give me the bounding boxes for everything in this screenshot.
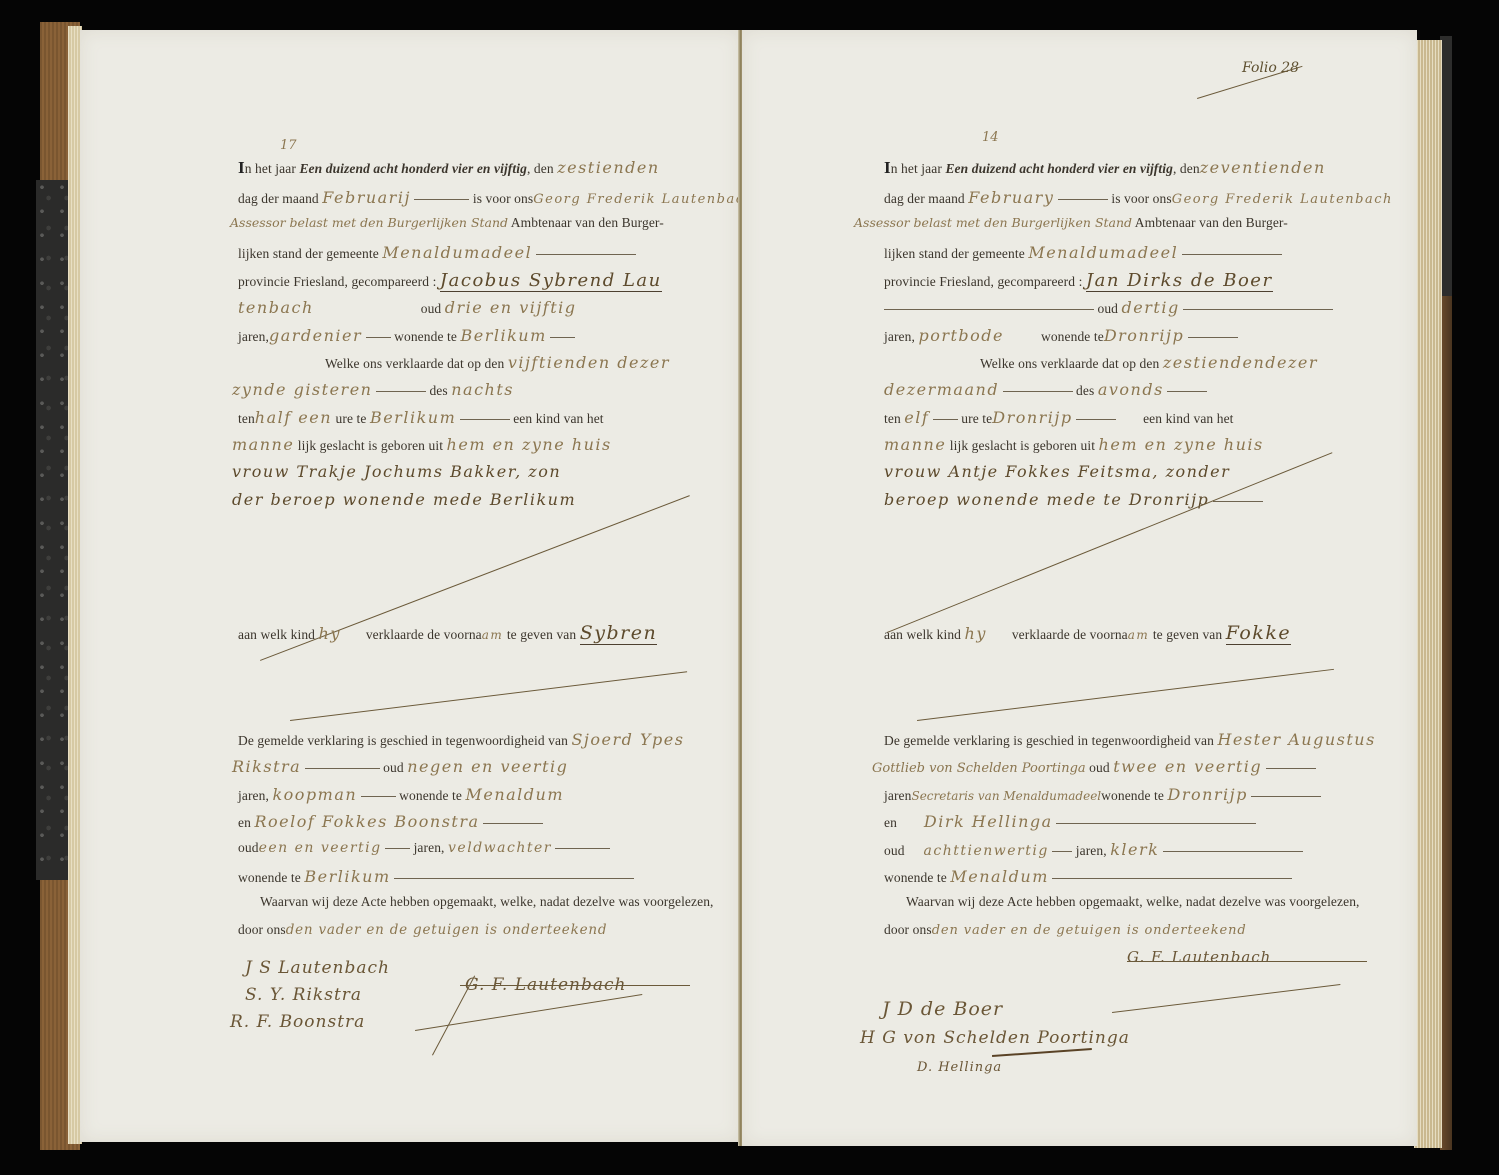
line-7: jaren,gardenier wonende te Berlikum	[238, 326, 575, 345]
line-7: jaren, portbode wonende teDronrijp	[884, 326, 1238, 345]
witness-1-name: Hester Augustus	[1217, 730, 1375, 749]
signature-flourish	[432, 976, 475, 1056]
declarant-age: dertig	[1122, 298, 1180, 317]
left-page: 17 In het jaar Een duizend acht honderd …	[80, 30, 740, 1142]
line-15: De gemelde verklaring is geschied in teg…	[884, 730, 1376, 749]
signature-official: G. F. Lautenbach	[1127, 948, 1271, 966]
declarant-occupation: portbode	[918, 326, 1004, 345]
line-5: provincie Friesland, gecompareerd : Jaco…	[238, 270, 662, 291]
line-21: Waarvan wij deze Acte hebben opgemaakt, …	[906, 894, 1360, 910]
act-number: 17	[280, 138, 297, 153]
signature-flourish	[1112, 984, 1340, 1013]
declarant-name: Jacobus Sybrend Lau	[440, 270, 662, 292]
line-19: oud achttienwertig jaren, klerk	[884, 840, 1303, 859]
line-22: door onsden vader en de getuigen is onde…	[238, 922, 607, 938]
year-printed: Een duizend acht honderd vier en vijftig	[299, 161, 527, 176]
signature-flourish	[460, 985, 690, 986]
month-handwritten: Februarij	[322, 188, 411, 207]
line-3: Assessor belast met den Burgerlijken Sta…	[230, 215, 664, 231]
line-8: Welke ons verklaarde dat op den zestiend…	[980, 353, 1318, 372]
day-handwritten: zestienden	[557, 158, 659, 177]
signature-witness-2: R. F. Boonstra	[230, 1012, 365, 1032]
child-name: Sybren	[580, 622, 657, 645]
line-1: In het jaar Een duizend acht honderd vie…	[884, 158, 1326, 178]
line-16: Rikstra oud negen en veertig	[232, 757, 568, 776]
year-printed: Een duizend acht honderd vier en vijftig	[945, 161, 1173, 176]
line-18: en Dirk Hellinga	[884, 812, 1256, 831]
mother-name: vrouw Trakje Jochums Bakker, zon	[232, 462, 561, 481]
line-17: jarenSecretaris van Menaldumadeelwonende…	[884, 785, 1321, 804]
line-17: jaren, koopman wonende te Menaldum	[238, 785, 564, 804]
line-16: Gottlieb von Schelden Poortinga oud twee…	[872, 757, 1316, 776]
witness-2-name: Roelof Fokkes Boonstra	[254, 812, 479, 831]
line-4: lijken stand der gemeente Menaldumadeel	[238, 243, 636, 262]
line-4: lijken stand der gemeente Menaldumadeel	[884, 243, 1282, 262]
line-8: Welke ons verklaarde dat op den vijftien…	[325, 353, 670, 372]
line-11: manne lijk geslacht is geboren uit hem e…	[884, 435, 1264, 454]
line-12: vrouw Trakje Jochums Bakker, zon	[232, 462, 561, 481]
line-2: dag der maand Februarij is voor onsGeorg…	[238, 188, 754, 207]
line-10: ten elf ure teDronrijp een kind van het	[884, 408, 1234, 427]
line-14: aan welk kind hy verklaarde de voornaam …	[884, 622, 1291, 644]
signature-flourish	[415, 994, 642, 1031]
drop-initial: I	[884, 158, 891, 177]
act-number: 14	[982, 130, 999, 145]
line-22: door onsden vader en de getuigen is onde…	[884, 922, 1247, 938]
official-name: Georg Frederik Lautenbach	[1172, 192, 1393, 207]
line-13: beroep wonende mede te Dronrijp	[884, 490, 1263, 509]
signature-declarant: J D de Boer	[882, 998, 1003, 1020]
declarant-residence: Berlikum	[460, 326, 546, 345]
line-2: dag der maand February is voor onsGeorg …	[884, 188, 1393, 207]
line-6: tenbach oud drie en vijftig	[238, 298, 577, 317]
child-name: Fokke	[1226, 622, 1291, 645]
month-handwritten: February	[968, 188, 1054, 207]
day-handwritten: zeventienden	[1200, 158, 1326, 177]
witness-2-name: Dirk Hellinga	[924, 812, 1053, 831]
cancel-stroke	[917, 669, 1334, 721]
signature-flourish	[1127, 961, 1367, 962]
cancel-stroke	[290, 671, 687, 721]
line-20: wonende te Berlikum	[238, 867, 634, 886]
signature-flourish	[992, 1048, 1092, 1057]
municipality: Menaldumadeel	[382, 243, 532, 262]
declarant-occupation: gardenier	[269, 326, 362, 345]
signature-witness-1: H G von Schelden Poortinga	[860, 1028, 1130, 1048]
drop-initial: I	[238, 158, 245, 177]
page-edges-right	[1414, 40, 1442, 1148]
line-12: vrouw Antje Fokkes Feitsma, zonder	[884, 462, 1230, 481]
line-5: provincie Friesland, gecompareerd : Jan …	[884, 270, 1273, 291]
marbled-cover-left	[36, 180, 69, 880]
line-9: zynde gisteren des nachts	[232, 380, 514, 399]
declarant-name: Jan Dirks de Boer	[1086, 270, 1273, 292]
line-19: oudeen en veertig jaren, veldwachter	[238, 840, 610, 856]
line-18: en Roelof Fokkes Boonstra	[238, 812, 543, 831]
mother-name: vrouw Antje Fokkes Feitsma, zonder	[884, 462, 1230, 481]
declarant-age: drie en vijftig	[445, 298, 577, 317]
line-13: der beroep wonende mede Berlikum	[232, 490, 576, 509]
declarant-residence: Dronrijp	[1104, 326, 1184, 345]
municipality: Menaldumadeel	[1028, 243, 1178, 262]
folio-number: Folio 28	[1242, 60, 1299, 76]
official-name: Georg Frederik Lautenbach	[533, 192, 754, 207]
line-14: aan welk kind hy verklaarde de voornaam …	[238, 622, 657, 644]
line-9: dezermaand des avonds	[884, 380, 1207, 399]
signature-witness-1: S. Y. Rikstra	[245, 985, 362, 1005]
line-15: De gemelde verklaring is geschied in teg…	[238, 730, 684, 749]
line-11: manne lijk geslacht is geboren uit hem e…	[232, 435, 612, 454]
line-6: oud dertig	[884, 298, 1333, 317]
line-21: Waarvan wij deze Acte hebben opgemaakt, …	[260, 894, 714, 910]
witness-1-name: Sjoerd Ypes	[571, 730, 684, 749]
signature-declarant: J S Lautenbach	[245, 958, 390, 978]
right-page: Folio 28 14 In het jaar Een duizend acht…	[742, 30, 1417, 1146]
line-1: In het jaar Een duizend acht honderd vie…	[238, 158, 660, 178]
line-10: tenhalf een ure te Berlikum een kind van…	[238, 408, 604, 427]
signature-witness-2: D. Hellinga	[917, 1060, 1002, 1075]
line-20: wonende te Menaldum	[884, 867, 1292, 886]
line-3: Assessor belast met den Burgerlijken Sta…	[854, 215, 1288, 231]
